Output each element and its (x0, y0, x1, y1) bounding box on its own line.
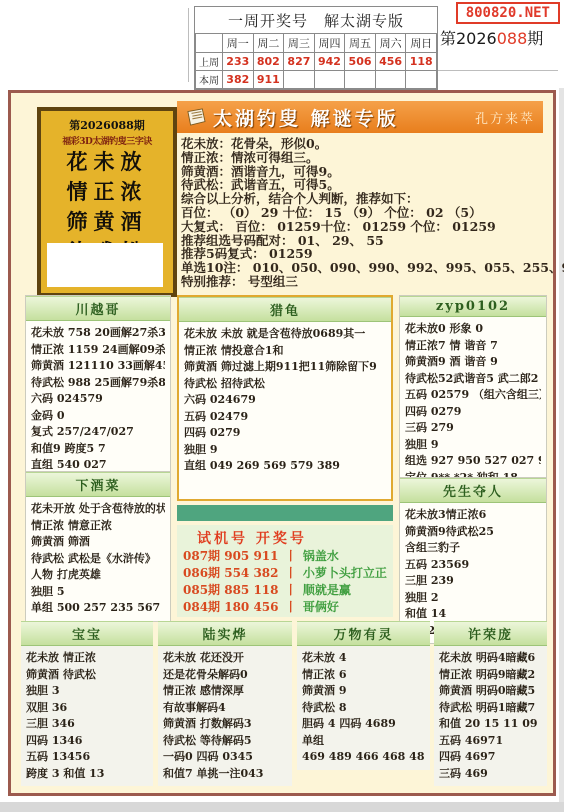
day-header: 周五 (345, 34, 376, 53)
analysis-text: 花未放：花骨朵，形似0。情正浓：情浓可得组三。筛黄酒：酒谐音九，可得9。待武松：… (181, 137, 547, 289)
text-line: 花未放：花骨朵，形似0。 (181, 137, 547, 151)
text-line: 花未放0 形象 0 (405, 321, 541, 338)
text-line: 花未放 未放 就是含苞待放0689其一 (184, 326, 386, 343)
text-line: 花未放 花还没开 (163, 650, 287, 667)
column-body: 花未放 未放 就是含苞待放0689其一情正浓 情投意合1和筛黄酒 筛过滤上期91… (179, 322, 391, 479)
text-line: 金码 0 (31, 408, 165, 425)
separator: 丨 (285, 549, 297, 563)
draw-number (406, 71, 437, 89)
text-line: 筛黄酒 明码0暗藏5 (439, 683, 542, 700)
text-line: 情正浓 情意正浓 (31, 518, 165, 535)
draw-number: 233 (223, 53, 254, 71)
text-line: 独胆 3 (26, 683, 148, 700)
text-line: 花未开放 处于含苞待放的状态 (31, 501, 165, 518)
text-line: 筛黄酒 打数解码3 (163, 716, 287, 733)
column-body: 花未放 明码4暗藏6情正浓 明码9暗藏2筛黄酒 明码0暗藏5待武松 明码1暗藏7… (434, 646, 547, 786)
column-title: 陆实烨 (158, 621, 292, 646)
draw-numbers: 085期 885 118 (183, 583, 279, 597)
column-lushiye: 陆实烨 花未放 花还没开还是花骨朵解码0情正浓 感情深厚有故事解码4筛黄酒 打数… (158, 621, 292, 786)
draw-number: 382 (223, 71, 254, 89)
column-title: 许荣庞 (434, 621, 547, 646)
text-line: 六码 024579 (31, 391, 165, 408)
draw-numbers: 084期 180 456 (183, 600, 279, 614)
table-row: 上周 233 802 827 942 506 456 118 (196, 53, 437, 71)
column-body: 花未放0 形象 0情正浓7 情 谐音 7筛黄酒9 酒 谐音 9待武松52武谐音5… (400, 317, 546, 490)
text-line: 情正浓 感情深厚 (163, 683, 287, 700)
text-line: 三码 279 (405, 420, 541, 437)
draw-row: 084期 180 456 丨 哥俩好 (183, 599, 387, 616)
text-line: 百位： （0） 29 十位： 15 （9） 个位： 02 （5） (181, 206, 547, 220)
text-line: 和值9 跨度5 7 (31, 441, 165, 458)
separator: 丨 (285, 566, 297, 580)
text-line: 筛黄酒 9 (302, 683, 425, 700)
draw-number (314, 71, 345, 89)
divider-bar (177, 505, 393, 521)
column-title: 猎龟 (179, 297, 391, 322)
text-line: 独胆 9 (405, 437, 541, 454)
text-line: 含组三豹子 (405, 540, 541, 557)
column-baobao: 宝宝 花未放 情正浓筛黄酒 待武松独胆 3双胆 36三胆 346四码 1346五… (21, 621, 153, 786)
draw-number: 802 (253, 53, 284, 71)
day-header: 周二 (253, 34, 284, 53)
text-line: 情正浓 1159 24画解09杀1 (31, 342, 165, 359)
row-label: 上周 (196, 53, 223, 71)
text-line: 推荐组选号码配对： 01、 29、 55 (181, 234, 547, 248)
draw-number: 827 (284, 53, 315, 71)
draw-box-title: 试机号 开奖号 (183, 528, 387, 548)
text-line: 花未放 情正浓 (26, 650, 148, 667)
text-line: 情正浓：情浓可得组三。 (181, 151, 547, 165)
page: 800820.NET 第2026088期 一周开奖号 解太湖专版 周一 周二 周… (0, 0, 564, 812)
poem-subtitle: 福彩3D太湖钓叟三字诀 (43, 134, 171, 147)
column-body: 花未放 758 20画解27杀3情正浓 1159 24画解09杀1筛黄酒 121… (26, 321, 170, 478)
separator: 丨 (285, 600, 297, 614)
page-title: 太湖钓叟 解谜专版 (213, 104, 399, 131)
column-zyp0102: zyp0102 花未放0 形象 0情正浓7 情 谐音 7筛黄酒9 酒 谐音 9待… (399, 295, 547, 491)
column-body: 花未放 花还没开还是花骨朵解码0情正浓 感情深厚有故事解码4筛黄酒 打数解码3待… (158, 646, 292, 786)
text-line: 筛黄酒9待武松25 (405, 524, 541, 541)
page-edge (0, 802, 564, 812)
draw-number: 506 (345, 53, 376, 71)
column-liegui: 猎龟 花未放 未放 就是含苞待放0689其一情正浓 情投意合1和筛黄酒 筛过滤上… (177, 295, 393, 501)
text-line: 待武松 武松是《水浒传》 (31, 551, 165, 568)
draw-number (375, 71, 406, 89)
draw-comment: 哥俩好 (303, 600, 339, 614)
text-line: 待武松 招待武松 (184, 376, 386, 393)
draw-number (284, 71, 315, 89)
text-line: 单组 500 257 235 567 (31, 600, 165, 617)
draw-row: 087期 905 911 丨 锅盖水 (183, 548, 387, 565)
text-line: 独胆 5 (31, 584, 165, 601)
column-body: 花未开放 处于含苞待放的状态情正浓 情意正浓筛黄酒 筛酒待武松 武松是《水浒传》… (26, 497, 170, 621)
scroll-icon (185, 108, 207, 126)
text-line: 情正浓7 情 谐音 7 (405, 338, 541, 355)
text-line: 情正浓 明码9暗藏2 (439, 667, 542, 684)
text-line: 有故事解码4 (163, 700, 287, 717)
main-content-box: 第2026088期 福彩3D太湖钓叟三字诀 花未放情正浓筛黄酒待武松 太湖钓叟 … (8, 90, 556, 796)
text-line: 大复式： 百位： 01259十位： 01259 个位： 01259 (181, 220, 547, 234)
blank-area (47, 243, 163, 287)
week-draws-table: 一周开奖号 解太湖专版 周一 周二 周三 周四 周五 周六 周日 上周 233 … (194, 6, 438, 90)
draw-number (345, 71, 376, 89)
text-line: 推荐5码复式： 01259 (181, 247, 547, 261)
text-line: 四码 0279 (184, 425, 386, 442)
column-title: 万物有灵 (297, 621, 430, 646)
page-edge (559, 88, 564, 812)
text-line: 五码 23569 (405, 557, 541, 574)
separator: 丨 (285, 583, 297, 597)
text-line: 五码 46971 (439, 733, 542, 750)
draw-comment: 小萝卜头打立正 (303, 566, 387, 580)
corner-cell (196, 34, 223, 53)
text-line: 特别推荐： 号型组三 (181, 275, 547, 289)
text-line: 独胆 9 (184, 442, 386, 459)
column-title: 宝宝 (21, 621, 153, 646)
day-header: 周六 (375, 34, 406, 53)
day-header: 周四 (314, 34, 345, 53)
text-line: 待武松52武谐音5 武二郎2 (405, 371, 541, 388)
text-line: 四码 0279 (405, 404, 541, 421)
week-header-row: 周一 周二 周三 周四 周五 周六 周日 (196, 34, 437, 53)
text-line: 花未放 758 20画解27杀3 (31, 325, 165, 342)
divider (188, 8, 189, 82)
day-header: 周日 (406, 34, 437, 53)
text-line: 待武松 8 (302, 700, 425, 717)
text-line: 筛黄酒9 酒 谐音 9 (405, 354, 541, 371)
text-line: 待武松：武谐音五，可得5。 (181, 178, 547, 192)
day-header: 周一 (223, 34, 254, 53)
poem-issue: 第2026088期 (43, 117, 171, 133)
draw-number: 456 (375, 53, 406, 71)
poem-box: 第2026088期 福彩3D太湖钓叟三字诀 花未放情正浓筛黄酒待武松 (37, 107, 177, 297)
text-line: 三胆 346 (26, 716, 148, 733)
text-line: 和值 20 15 11 09 (439, 716, 542, 733)
column-title: 川越哥 (26, 296, 170, 321)
text-line: 一码0 四码 0345 (163, 749, 287, 766)
text-line: 人物 打虎英雄 (31, 567, 165, 584)
text-line: 双胆 36 (26, 700, 148, 717)
day-header: 周三 (284, 34, 315, 53)
site-badge[interactable]: 800820.NET (456, 2, 560, 24)
column-xiajiucai: 下酒菜 花未开放 处于含苞待放的状态情正浓 情意正浓筛黄酒 筛酒待武松 武松是《… (25, 471, 171, 622)
issue-suffix: 期 (527, 29, 543, 48)
text-line: 筛黄酒：酒谐音九，可得9。 (181, 165, 547, 179)
text-line: 单组 (302, 733, 425, 750)
column-wanwu: 万物有灵 花未放 4情正浓 6筛黄酒 9待武松 8胆码 4 四码 4689单组4… (297, 621, 430, 770)
text-line: 花未放 明码4暗藏6 (439, 650, 542, 667)
text-line: 五码 02579 （组六含组三） (405, 387, 541, 404)
column-xurong: 许荣庞 花未放 明码4暗藏6情正浓 明码9暗藏2筛黄酒 明码0暗藏5待武松 明码… (434, 621, 547, 786)
column-title: 下酒菜 (26, 472, 170, 497)
text-line: 五码 13456 (26, 749, 148, 766)
column-chuanyuege: 川越哥 花未放 758 20画解27杀3情正浓 1159 24画解09杀1筛黄酒… (25, 295, 171, 479)
text-line: 筛黄酒 (43, 207, 171, 237)
text-line: 三码 469 (439, 766, 542, 783)
text-line: 待武松 988 25画解79杀8 (31, 375, 165, 392)
text-line: 跨度 3 和值 13 (26, 766, 148, 783)
week-table-title: 一周开奖号 解太湖专版 (195, 7, 437, 33)
text-line: 组选 927 950 527 027 922 (405, 453, 541, 470)
text-line: 情正浓 (43, 177, 171, 207)
text-line: 直组 049 269 569 579 389 (184, 458, 386, 475)
draw-number: 118 (406, 53, 437, 71)
row-label: 本周 (196, 71, 223, 89)
draw-number: 911 (253, 71, 284, 89)
text-line: 待武松 等待解码5 (163, 733, 287, 750)
column-xiansheng: 先生夺人 花未放3情正浓6筛黄酒9待武松25含组三豹子五码 23569三胆 23… (399, 477, 547, 644)
column-title: 先生夺人 (400, 478, 546, 503)
issue-number: 088 (497, 29, 528, 48)
text-line: 还是花骨朵解码0 (163, 667, 287, 684)
draw-results-box: 试机号 开奖号 087期 905 911 丨 锅盖水 086期 554 382 … (177, 525, 393, 617)
text-line: 筛黄酒 筛过滤上期911把11筛除留下9 (184, 359, 386, 376)
column-title: zyp0102 (400, 296, 546, 317)
table-row: 本周 382 911 (196, 71, 437, 89)
draw-comment: 顺就是赢 (303, 583, 351, 597)
draw-comment: 锅盖水 (303, 549, 339, 563)
column-body: 花未放 情正浓筛黄酒 待武松独胆 3双胆 36三胆 346四码 1346五码 1… (21, 646, 153, 786)
text-line: 待武松 明码1暗藏7 (439, 700, 542, 717)
text-line: 筛黄酒 待武松 (26, 667, 148, 684)
text-line: 花未放3情正浓6 (405, 507, 541, 524)
text-line: 三胆 239 (405, 573, 541, 590)
issue-label: 第2026088期 (440, 26, 543, 49)
text-line: 四码 1346 (26, 733, 148, 750)
text-line: 独胆 2 (405, 590, 541, 607)
text-line: 和值7 单挑一注043 (163, 766, 287, 783)
issue-prefix: 第2026 (440, 29, 497, 48)
draw-row: 085期 885 118 丨 顺就是赢 (183, 582, 387, 599)
text-line: 六码 024679 (184, 392, 386, 409)
text-line: 469 489 466 468 488 (302, 749, 425, 766)
text-line: 胆码 4 四码 4689 (302, 716, 425, 733)
text-line: 四码 4697 (439, 749, 542, 766)
text-line: 花未放 4 (302, 650, 425, 667)
text-line: 情正浓 情投意合1和 (184, 343, 386, 360)
text-line: 筛黄酒 筛酒 (31, 534, 165, 551)
text-line: 情正浓 6 (302, 667, 425, 684)
draw-row: 086期 554 382 丨 小萝卜头打立正 (183, 565, 387, 582)
draw-number: 942 (314, 53, 345, 71)
text-line: 综合以上分析，结合个人判断，推荐如下： (181, 192, 547, 206)
draw-numbers: 087期 905 911 (183, 549, 279, 563)
text-line: 筛黄酒 121110 33画解45杀1 (31, 358, 165, 375)
text-line: 花未放 (43, 147, 171, 177)
text-line: 复式 257/247/027 (31, 424, 165, 441)
draw-numbers: 086期 554 382 (183, 566, 279, 580)
divider (438, 70, 558, 71)
header-right-label: 孔方来萃 (475, 108, 535, 127)
text-line: 单选10注： 010、050、090、990、992、995、055、255、9… (181, 261, 547, 275)
section-header: 太湖钓叟 解谜专版 孔方来萃 (177, 101, 543, 133)
text-line: 五码 02479 (184, 409, 386, 426)
column-body: 花未放 4情正浓 6筛黄酒 9待武松 8胆码 4 四码 4689单组469 48… (297, 646, 430, 770)
